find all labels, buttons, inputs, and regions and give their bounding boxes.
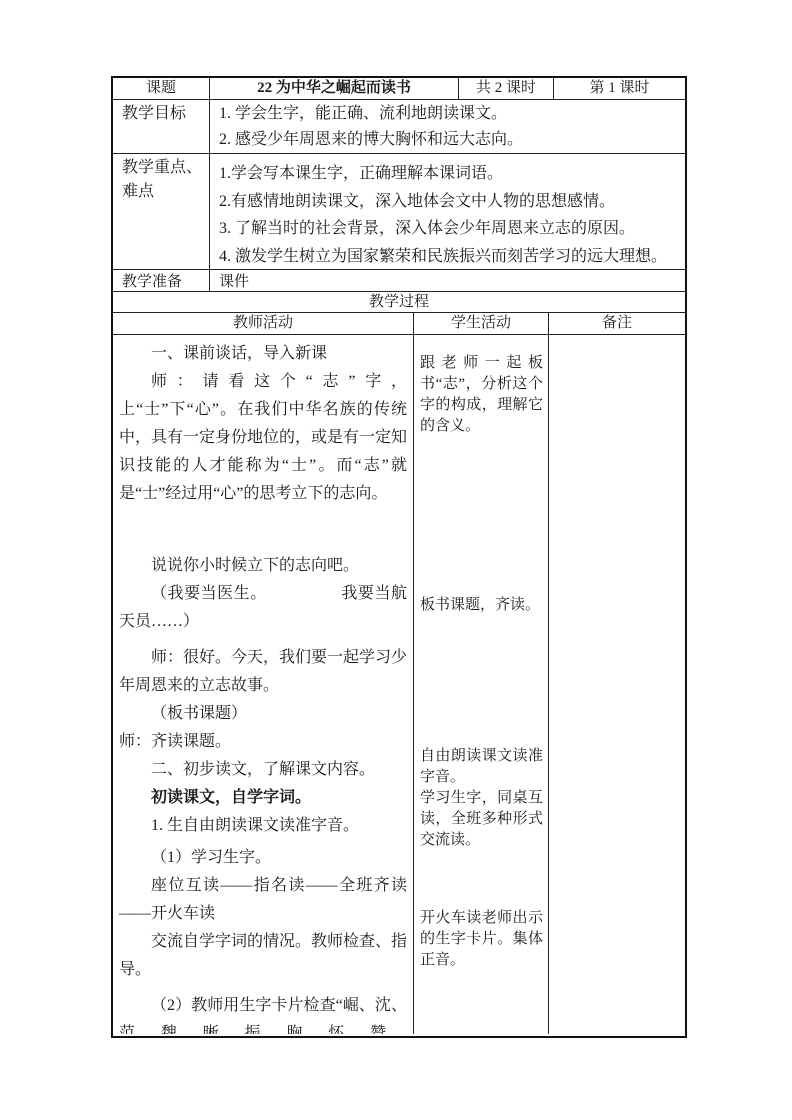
goal-item: 2. 感受少年周恩来的博大胸怀和远大志向。 — [219, 127, 679, 153]
teacher-paragraph: 1. 生自由朗读课文读准字音。 — [119, 812, 407, 840]
teacher-paragraph: 一、课前谈话，导入新课 — [119, 340, 407, 368]
preparation-label: 教学准备 — [113, 270, 209, 291]
teacher-paragraph: 师：请看这个“志”字，上“士”下“心”。在我们中华名族的传统中，具有一定身份地位… — [119, 368, 407, 508]
lesson-title: 22 为中华之崛起而读书 — [209, 78, 458, 99]
teacher-paragraph: 二、初步读文，了解课文内容。 — [119, 756, 407, 784]
teacher-paragraph: 说说你小时候立下的志向吧。 — [119, 552, 407, 580]
keypoint-item: 4. 激发学生树立为国家繁荣和民族振兴而刻苦学习的远大理想。 — [219, 243, 679, 270]
teacher-paragraph: 初读课文，自学字词。 — [119, 784, 407, 812]
teacher-paragraph: （我要当医生。 我要当航天员……） — [119, 580, 407, 636]
process-title: 教学过程 — [113, 292, 685, 312]
title-row: 课题 22 为中华之崛起而读书 共 2 课时 第 1 课时 — [113, 78, 685, 99]
preparation-row: 教学准备 课件 — [113, 269, 685, 291]
notes-column-header: 备注 — [548, 313, 685, 334]
teacher-paragraph: 师：很好。今天，我们要一起学习少年周恩来的立志故事。 — [119, 644, 407, 700]
teacher-column-header: 教师活动 — [113, 313, 413, 334]
goal-item: 1. 学会生字，能正确、流利地朗读课文。 — [219, 101, 679, 127]
teacher-paragraph: 座位互读——指名读——全班齐读——开火车读 — [119, 872, 407, 928]
student-paragraph: 自由朗读课文读准字音。 — [420, 746, 543, 788]
goals-content: 1. 学会生字，能正确、流利地朗读课文。 2. 感受少年周恩来的博大胸怀和远大志… — [209, 100, 685, 153]
keypoint-item: 1.学会写本课生字，正确理解本课词语。 — [219, 160, 679, 188]
teacher-paragraph: （2）教师用生字卡片检查“崛、沈、范、魏、晰、振、胸、怀、赞、 — [119, 992, 407, 1034]
total-periods: 共 2 课时 — [458, 78, 553, 99]
teacher-paragraph: （板书课题） — [119, 700, 407, 728]
keypoints-row: 教学重点、难点 1.学会写本课生字，正确理解本课词语。 2.有感情地朗读课文，深… — [113, 153, 685, 269]
student-paragraph: 开火车读老师出示的生字卡片。集体正音。 — [420, 908, 543, 971]
student-paragraph: 板书课题，齐读。 — [420, 595, 543, 616]
student-column-header: 学生活动 — [413, 313, 548, 334]
process-content-row: 一、课前谈话，导入新课 师：请看这个“志”字，上“士”下“心”。在我们中华名族的… — [113, 334, 685, 1034]
document-page: 课题 22 为中华之崛起而读书 共 2 课时 第 1 课时 教学目标 1. 学会… — [0, 0, 792, 1120]
keypoint-item: 3. 了解当时的社会背景，深入体会少年周恩来立志的原因。 — [219, 215, 679, 243]
keypoints-content: 1.学会写本课生字，正确理解本课词语。 2.有感情地朗读课文，深入地体会文中人物… — [209, 154, 685, 269]
process-title-row: 教学过程 — [113, 291, 685, 312]
process-columns-header: 教师活动 学生活动 备注 — [113, 312, 685, 334]
student-paragraph: 跟老师一起板书“志”，分析这个字的构成，理解它的含义。 — [420, 353, 543, 437]
lesson-plan-table: 课题 22 为中华之崛起而读书 共 2 课时 第 1 课时 教学目标 1. 学会… — [111, 76, 687, 1038]
teacher-paragraph: （1）学习生字。 — [119, 844, 407, 872]
preparation-value: 课件 — [209, 270, 685, 291]
goals-row: 教学目标 1. 学会生字，能正确、流利地朗读课文。 2. 感受少年周恩来的博大胸… — [113, 99, 685, 153]
notes-cell — [548, 335, 685, 1034]
keypoint-item: 2.有感情地朗读课文，深入地体会文中人物的思想感情。 — [219, 188, 679, 216]
keypoints-label: 教学重点、难点 — [113, 154, 209, 269]
goals-label: 教学目标 — [113, 100, 209, 153]
teacher-activities-cell: 一、课前谈话，导入新课 师：请看这个“志”字，上“士”下“心”。在我们中华名族的… — [113, 335, 413, 1034]
current-period: 第 1 课时 — [553, 78, 685, 99]
student-paragraph: 学习生字，同桌互读，全班多种形式交流读。 — [420, 788, 543, 851]
topic-label: 课题 — [113, 78, 209, 99]
student-activities-cell: 跟老师一起板书“志”，分析这个字的构成，理解它的含义。 板书课题，齐读。 自由朗… — [413, 335, 548, 1034]
teacher-paragraph: 师：齐读课题。 — [119, 728, 407, 756]
teacher-paragraph: 交流自学字词的情况。教师检查、指导。 — [119, 928, 407, 984]
